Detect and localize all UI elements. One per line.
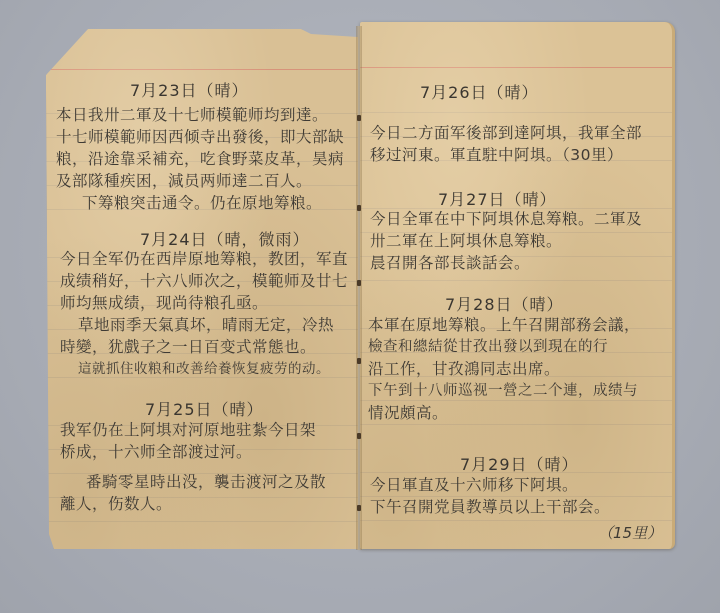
entry-line: 移过河東。軍直駐中阿埧。（30里） bbox=[370, 144, 642, 166]
entry-line: 及部隊種疾困，減员两师達二百人。 bbox=[56, 170, 344, 192]
entry-body-jul26: 今日二方面军後部到達阿埧，我軍全部 移过河東。軍直駐中阿埧。（30里） bbox=[370, 122, 642, 166]
entry-date-jul27: 7月27日（晴） bbox=[438, 187, 557, 210]
entry-line: 番騎零星時出没，襲击渡河之及散 bbox=[60, 471, 326, 493]
entry-line: 师均無成绩，现尚待粮孔亟。 bbox=[60, 292, 348, 314]
ruled-line bbox=[360, 112, 672, 113]
entry-body-jul27: 今日全軍在中下阿埧休息筹粮。二軍及 卅二軍在上阿埧休息筹粮。 晨召開各部長談話会… bbox=[370, 208, 642, 274]
ruled-line bbox=[360, 424, 672, 425]
binding-stitch bbox=[357, 358, 361, 364]
entry-line: 晨召開各部長談話会。 bbox=[370, 252, 642, 274]
entry-date-jul26: 7月26日（晴） bbox=[420, 80, 539, 103]
entry-line: 十七师模範师因西倾寺出發後，即大部缺 bbox=[56, 126, 344, 148]
entry-body-jul28: 本軍在原地筹粮。上午召開部務会議， 檢查和總結從甘孜出發以到現在的行 沿工作，甘… bbox=[368, 314, 640, 424]
entry-body-jul24: 今日全军仍在西岸原地筹粮，教团，军直 成绩稍好，十六八师次之，模範师及廿七 师均… bbox=[60, 248, 348, 380]
entry-date-jul24: 7月24日（晴，微雨） bbox=[140, 227, 310, 250]
entry-date-jul25: 7月25日（晴） bbox=[145, 397, 264, 420]
entry-date-jul29: 7月29日（晴） bbox=[460, 452, 579, 475]
binding-stitch bbox=[357, 280, 361, 286]
entry-line: 本軍在原地筹粮。上午召開部務会議， bbox=[368, 314, 640, 336]
entry-line: 檢查和總結從甘孜出發以到現在的行 bbox=[368, 336, 640, 358]
binding-stitch bbox=[357, 433, 361, 439]
entry-body-jul23: 本日我卅二軍及十七师模範师均到達。 十七师模範师因西倾寺出發後，即大部缺 粮，沿… bbox=[56, 104, 344, 214]
entry-line: 下午到十八师巡视一營之二个連，成绩与 bbox=[368, 380, 640, 402]
entry-line: 今日全军仍在西岸原地筹粮，教团，军直 bbox=[60, 248, 348, 270]
entry-line: 離人，伤数人。 bbox=[60, 493, 326, 515]
entry-line: 粮，沿途靠采補充，吃食野菜皮革，昊病 bbox=[56, 148, 344, 170]
entry-date-jul23: 7月23日（晴） bbox=[130, 78, 249, 101]
binding-stitch bbox=[357, 115, 361, 121]
binding-stitch bbox=[357, 205, 361, 211]
entry-line: 情况頗高。 bbox=[368, 402, 640, 424]
ruled-line bbox=[360, 520, 672, 521]
red-margin-rule bbox=[46, 69, 358, 70]
entry-line: 卅二軍在上阿埧休息筹粮。 bbox=[370, 230, 642, 252]
entry-line: 下筹粮突击通令。仍在原地筹粮。 bbox=[56, 192, 344, 214]
entry-line: 今日二方面军後部到達阿埧，我軍全部 bbox=[370, 122, 642, 144]
binding-stitch bbox=[357, 505, 361, 511]
entry-line: 沿工作，甘孜鴻同志出席。 bbox=[368, 358, 640, 380]
entry-line: 今日全軍在中下阿埧休息筹粮。二軍及 bbox=[370, 208, 642, 230]
entry-line: 成绩稍好，十六八师次之，模範师及廿七 bbox=[60, 270, 348, 292]
entry-line: 今日軍直及十六师移下阿埧。 bbox=[370, 474, 610, 496]
entry-date-jul28: 7月28日（晴） bbox=[445, 292, 564, 315]
entry-line: 這就抓住收粮和改善给養恢复疲劳的动。 bbox=[60, 358, 348, 380]
ruled-line bbox=[46, 521, 358, 522]
book-spine bbox=[356, 26, 362, 550]
ruled-line bbox=[360, 280, 672, 281]
entry-line: 桥成，十六师全部渡过河。 bbox=[60, 441, 326, 463]
entry-line: 時變，犹戲子之一日百变式常態也。 bbox=[60, 336, 348, 358]
red-margin-rule bbox=[360, 67, 672, 68]
distance-note: （15里） bbox=[598, 522, 662, 543]
entry-line: 本日我卅二軍及十七师模範师均到達。 bbox=[56, 104, 344, 126]
entry-line: 草地雨季天氣真坏，晴雨无定，冷热 bbox=[60, 314, 348, 336]
entry-line: 下午召開党員教導员以上干部会。 bbox=[370, 496, 610, 518]
entry-body-jul29: 今日軍直及十六师移下阿埧。 下午召開党員教導员以上干部会。 bbox=[370, 474, 610, 518]
entry-body-jul25: 我军仍在上阿埧对河原地驻紮今日架 桥成，十六师全部渡过河。 番騎零星時出没，襲击… bbox=[60, 419, 326, 515]
entry-line: 我军仍在上阿埧对河原地驻紮今日架 bbox=[60, 419, 326, 441]
